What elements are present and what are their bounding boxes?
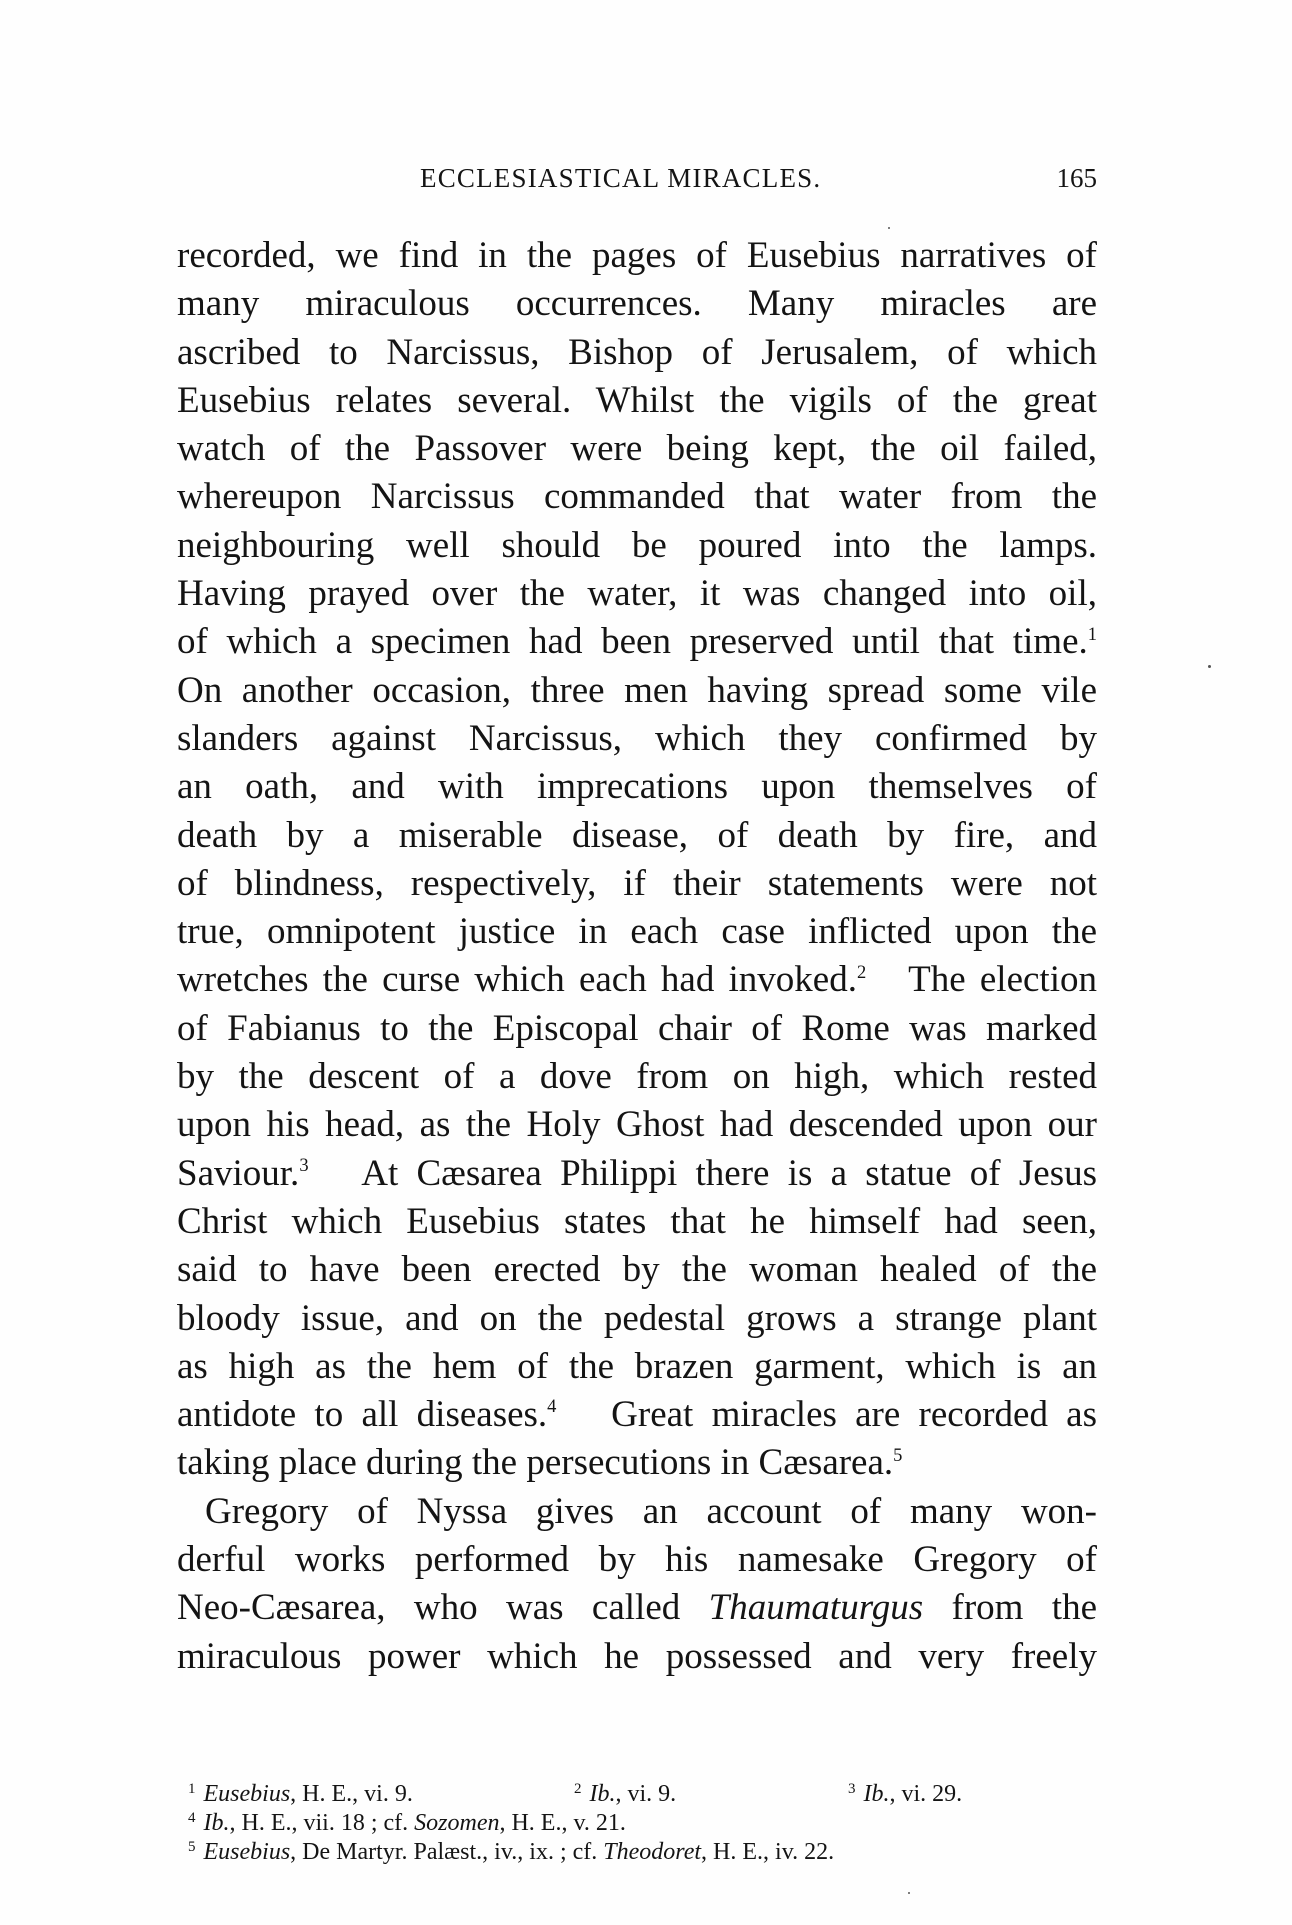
- scan-speck: [1208, 665, 1211, 668]
- text-line: Having prayed over the water, it was cha…: [177, 570, 1097, 618]
- page-number: 165: [1057, 160, 1098, 196]
- text-fragment: Great miracles are recorded as: [611, 1394, 1097, 1435]
- text-line: On another occasion, three men having sp…: [177, 667, 1097, 715]
- text-fragment: Neo-Cæsarea, who was called: [177, 1587, 680, 1628]
- text-line: Eusebius relates several. Whilst the vig…: [177, 377, 1097, 425]
- footnote-ref[interactable]: 4: [547, 1397, 556, 1417]
- text-fragment: wretches the curse which each had invoke…: [177, 959, 857, 1000]
- text-fragment: from the: [952, 1587, 1098, 1628]
- text-fragment: taking place during the persecutions in …: [177, 1442, 893, 1483]
- footnote-2: 2Ib., vi. 9.: [574, 1780, 676, 1812]
- text-line: upon his head, as the Holy Ghost had des…: [177, 1101, 1097, 1149]
- book-page: ECCLESIASTICAL MIRACLES. 165 recorded, w…: [0, 0, 1292, 1925]
- text-line: miraculous power which he possessed and …: [177, 1633, 1097, 1681]
- text-fragment: At Cæsarea Philippi there is a statue of…: [361, 1153, 1097, 1194]
- text-fragment: The election: [908, 959, 1097, 1000]
- text-line: said to have been erected by the woman h…: [177, 1246, 1097, 1294]
- footnote-ref[interactable]: 1: [1088, 625, 1097, 645]
- footnotes: 1Eusebius, H. E., vi. 9. 2Ib., vi. 9. 3I…: [188, 1780, 1088, 1867]
- text-line: slanders against Narcissus, which they c…: [177, 715, 1097, 763]
- text-line: of blindness, respectively, if their sta…: [177, 860, 1097, 908]
- text-line: neighbouring well should be poured into …: [177, 522, 1097, 570]
- text-fragment: antidote to all diseases.: [177, 1394, 547, 1435]
- paragraph-start-line: Gregory of Nyssa gives an account of man…: [177, 1488, 1097, 1536]
- text-line: wretches the curse which each had invoke…: [177, 956, 1097, 1004]
- footnote-ref[interactable]: 3: [299, 1156, 308, 1176]
- text-fragment: Saviour.: [177, 1153, 299, 1194]
- footnote-4: 4Ib., H. E., vii. 18 ; cf. Sozomen, H. E…: [188, 1809, 626, 1841]
- running-title: ECCLESIASTICAL MIRACLES.: [420, 160, 821, 196]
- text-line: antidote to all diseases.4 Great miracle…: [177, 1391, 1097, 1439]
- text-line: Neo-Cæsarea, who was called Thaumaturgus…: [177, 1584, 1097, 1632]
- body-text: recorded, we find in the pages of Eusebi…: [177, 232, 1097, 1681]
- scan-speck: [888, 227, 890, 229]
- text-line: of which a specimen had been preserved u…: [177, 618, 1097, 666]
- footnote-1: 1Eusebius, H. E., vi. 9.: [188, 1780, 413, 1812]
- text-line: watch of the Passover were being kept, t…: [177, 425, 1097, 473]
- footnote-row: 5Eusebius, De Martyr. Palæst., iv., ix. …: [188, 1838, 1088, 1867]
- running-head: ECCLESIASTICAL MIRACLES. 165: [177, 160, 1097, 196]
- text-line: death by a miserable disease, of death b…: [177, 812, 1097, 860]
- footnote-row: 1Eusebius, H. E., vi. 9. 2Ib., vi. 9. 3I…: [188, 1780, 1088, 1809]
- text-line: Christ which Eusebius states that he him…: [177, 1198, 1097, 1246]
- italic-term: Thaumaturgus: [709, 1587, 924, 1628]
- text-line: as high as the hem of the brazen garment…: [177, 1343, 1097, 1391]
- text-fragment: of which a specimen had been preserved u…: [177, 621, 1088, 662]
- text-line: taking place during the persecutions in …: [177, 1439, 1097, 1487]
- text-line: an oath, and with imprecations upon them…: [177, 763, 1097, 811]
- scan-speck: [908, 1892, 910, 1894]
- footnote-ref[interactable]: 2: [857, 963, 866, 983]
- footnote-ref[interactable]: 5: [893, 1446, 902, 1466]
- text-line: ascribed to Narcissus, Bishop of Jerusal…: [177, 329, 1097, 377]
- footnote-3: 3Ib., vi. 29.: [848, 1780, 962, 1812]
- text-line: true, omnipotent justice in each case in…: [177, 908, 1097, 956]
- text-line: bloody issue, and on the pedestal grows …: [177, 1295, 1097, 1343]
- text-line: of Fabianus to the Episcopal chair of Ro…: [177, 1005, 1097, 1053]
- footnote-5: 5Eusebius, De Martyr. Palæst., iv., ix. …: [188, 1838, 834, 1870]
- text-line: Saviour.3 At Cæsarea Philippi there is a…: [177, 1150, 1097, 1198]
- text-line: many miraculous occurrences. Many miracl…: [177, 280, 1097, 328]
- text-line: derful works performed by his namesake G…: [177, 1536, 1097, 1584]
- footnote-row: 4Ib., H. E., vii. 18 ; cf. Sozomen, H. E…: [188, 1809, 1088, 1838]
- text-line: by the descent of a dove from on high, w…: [177, 1053, 1097, 1101]
- text-line: recorded, we find in the pages of Eusebi…: [177, 232, 1097, 280]
- text-line: whereupon Narcissus commanded that water…: [177, 473, 1097, 521]
